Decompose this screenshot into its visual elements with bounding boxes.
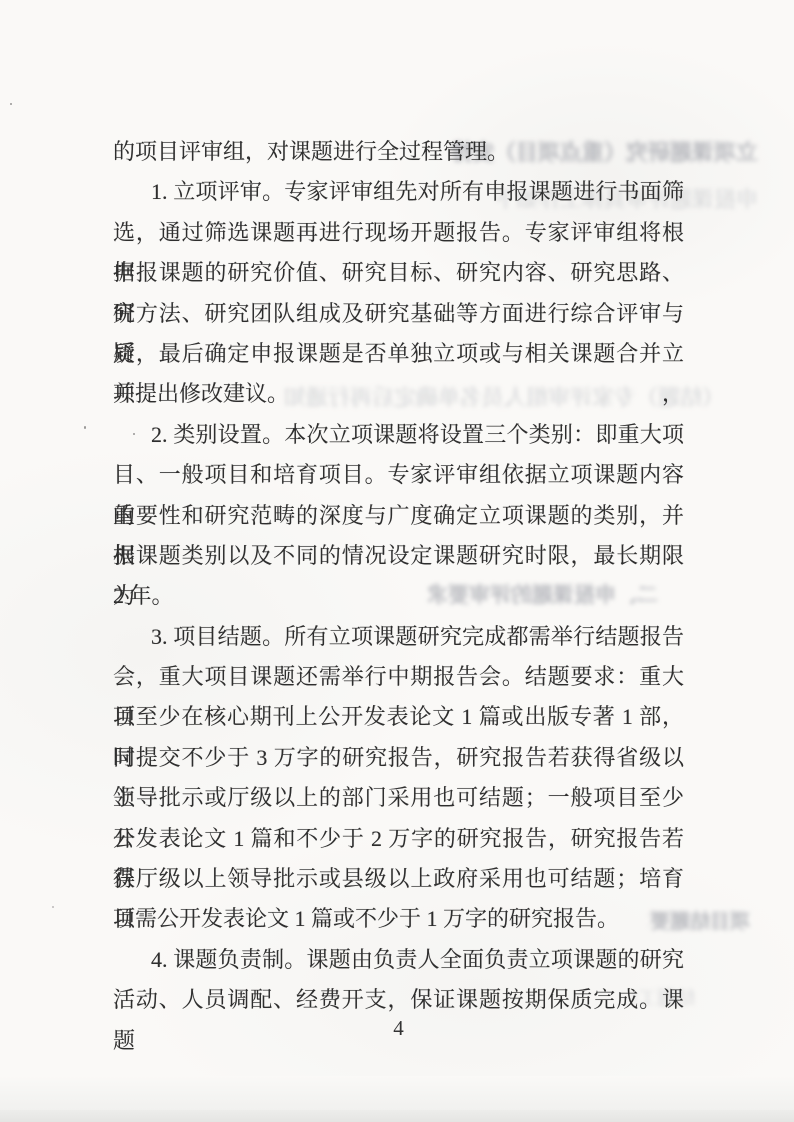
text-line: 目、一般项目和培育项目。专家评审组依据立项课题内容的: [113, 455, 684, 495]
scan-speck: [133, 433, 135, 435]
text-line: 领导批示或厅级以上的部门采用也可结题；一般项目至少公: [113, 778, 684, 818]
text-line: 会，重大项目课题还需举行中期报告会。结题要求：重大项: [113, 657, 684, 697]
text-line: 开发表论文 1 篇和不少于 2 万字的研究报告，研究报告若获: [113, 819, 684, 859]
text-block: 的项目评审组，对课题进行全过程管理。1. 立项评审。专家评审组先对所有申报课题进…: [113, 132, 684, 1021]
scan-speck: [210, 963, 212, 965]
scan-speck: [52, 906, 54, 908]
text-line: 目至少在核心期刊上公开发表论文 1 篇或出版专著 1 部，同: [113, 697, 684, 737]
scan-shadow-band: [0, 1076, 794, 1110]
text-line: 目需公开发表论文 1 篇或不少于 1 万字的研究报告。: [113, 899, 684, 939]
text-line: 选，通过筛选课题再进行现场开题报告。专家评审组将根据: [113, 213, 684, 253]
text-line: 重要性和研究范畴的深度与广度确定立项课题的类别，并根: [113, 496, 684, 536]
text-line: 究方法、研究团队组成及研究基础等方面进行综合评审与质: [113, 294, 684, 334]
text-line: 疑，最后确定申报课题是否单独立项或与相关课题合并立项，: [113, 334, 684, 374]
text-line: 2. 类别设置。本次立项课题将设置三个类别：即重大项: [113, 415, 684, 455]
text-line: 活动、人员调配、经费开支，保证课题按期保质完成。课题: [113, 980, 684, 1020]
text-line: 2 年。: [113, 576, 684, 616]
text-line: 得厅级以上领导批示或县级以上政府采用也可结题；培育项: [113, 859, 684, 899]
scan-edge-band: [0, 1110, 794, 1122]
text-line: 申报课题的研究价值、研究目标、研究内容、研究思路、研: [113, 253, 684, 293]
text-line: 4. 课题负责制。课题由负责人全面负责立项课题的研究: [113, 940, 684, 980]
scan-speck: [10, 103, 12, 105]
text-line: 据课题类别以及不同的情况设定课题研究时限，最长期限为: [113, 536, 684, 576]
document-page: 立项课题研究（重点项目）安排申报课题评审具体工作如下（结题）专家评审组人员名单确…: [0, 0, 794, 1122]
text-line: 的项目评审组，对课题进行全过程管理。: [113, 132, 684, 172]
text-line: 3. 项目结题。所有立项课题研究完成都需举行结题报告: [113, 617, 684, 657]
text-line: 1. 立项评审。专家评审组先对所有申报课题进行书面筛: [113, 172, 684, 212]
scan-speck: [84, 426, 86, 429]
page-number: 4: [113, 1016, 684, 1041]
text-line: 时提交不少于 3 万字的研究报告，研究报告若获得省级以上: [113, 738, 684, 778]
